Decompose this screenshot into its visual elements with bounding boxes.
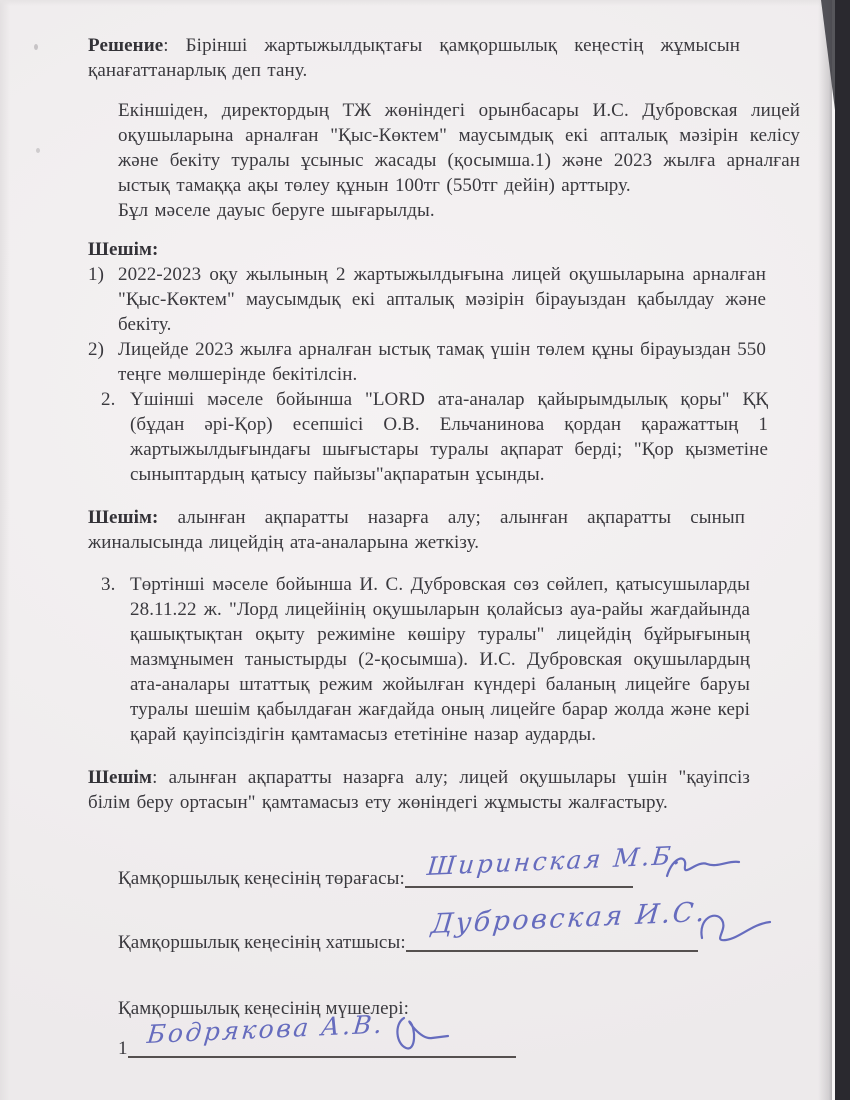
- agenda-item-3-text: Төртінші мәселе бойынша И. С. Дубровская…: [130, 572, 750, 747]
- agenda-item-3-number: 3.: [101, 572, 130, 747]
- agenda-item-2: 2. Үшінші мәселе бойынша "LORD ата-анала…: [101, 387, 768, 487]
- decision-2-text: алынған ақпаратты назарға алу; алынған а…: [88, 507, 745, 553]
- decision-3-label: Шешім: [88, 767, 152, 788]
- resolution-intro-text: : Бірінші жартыжылдықтағы қамқоршылық ке…: [88, 35, 740, 81]
- vote-note: Бұл мәселе дауыс беруге шығарылды.: [118, 198, 800, 223]
- decision-1-heading: Шешім:: [88, 237, 850, 262]
- decision-3-paragraph: Шешім: алынған ақпаратты назарға алу; ли…: [88, 765, 750, 815]
- scan-top-shadow: [0, 0, 850, 6]
- member-1-signature-flourish: [386, 1014, 456, 1056]
- secretary-signature-row: Қамқоршылық кеңесінің хатшысы: Дубровска…: [118, 930, 698, 955]
- member-1-signature-row: 1 Бодрякова А.В.: [118, 1036, 516, 1061]
- decision-1-item-2: 2) Лицейде 2023 жылға арналған ыстық там…: [88, 337, 766, 387]
- chairman-signature-row: Қамқоршылық кеңесінің төрағасы: Ширинска…: [118, 866, 633, 891]
- second-issue-paragraph: Екіншіден, директордың ТЖ жөніндегі орын…: [118, 98, 800, 198]
- scan-top-right-corner-shadow: [821, 0, 835, 110]
- document-content: Решение: Бірінші жартыжылдықтағы қамқорш…: [0, 0, 850, 1100]
- chairman-signature-flourish: [663, 850, 743, 884]
- agenda-item-2-text: Үшінші мәселе бойынша "LORD ата-аналар қ…: [130, 387, 768, 487]
- secretary-signature-flourish: [696, 908, 776, 948]
- scanned-document-page: Решение: Бірінші жартыжылдықтағы қамқорш…: [0, 0, 850, 1100]
- decision-1-item-1: 1) 2022-2023 оқу жылының 2 жартыжылдығын…: [88, 262, 766, 337]
- scan-right-dark-edge: [835, 0, 850, 1100]
- chairman-handwritten-signature: Ширинская М.Б.: [426, 843, 685, 879]
- decision-2-label: Шешім:: [88, 507, 159, 528]
- decision-1-item-2-number: 2): [88, 337, 118, 387]
- decision-1-item-1-number: 1): [88, 262, 118, 337]
- decision-3-text: : алынған ақпаратты назарға алу; лицей о…: [88, 767, 750, 813]
- agenda-item-2-number: 2.: [101, 387, 130, 487]
- member-1-number: 1: [118, 1038, 128, 1059]
- scan-left-shadow: [0, 0, 10, 1100]
- secretary-label: Қамқоршылық кеңесінің хатшысы:: [118, 932, 406, 953]
- decision-2-paragraph: Шешім: алынған ақпаратты назарға алу; ал…: [88, 505, 745, 555]
- decision-1-item-2-text: Лицейде 2023 жылға арналған ыстық тамақ …: [118, 337, 766, 387]
- paper-speck: [34, 44, 38, 50]
- paper-speck: [36, 148, 40, 153]
- agenda-item-3: 3. Төртінші мәселе бойынша И. С. Дубровс…: [101, 572, 750, 747]
- chairman-label: Қамқоршылық кеңесінің төрағасы:: [118, 868, 405, 889]
- decision-1-item-1-text: 2022-2023 оқу жылының 2 жартыжылдығына л…: [118, 262, 766, 337]
- resolution-intro-label: Решение: [88, 35, 163, 56]
- resolution-intro-paragraph: Решение: Бірінші жартыжылдықтағы қамқорш…: [88, 33, 740, 83]
